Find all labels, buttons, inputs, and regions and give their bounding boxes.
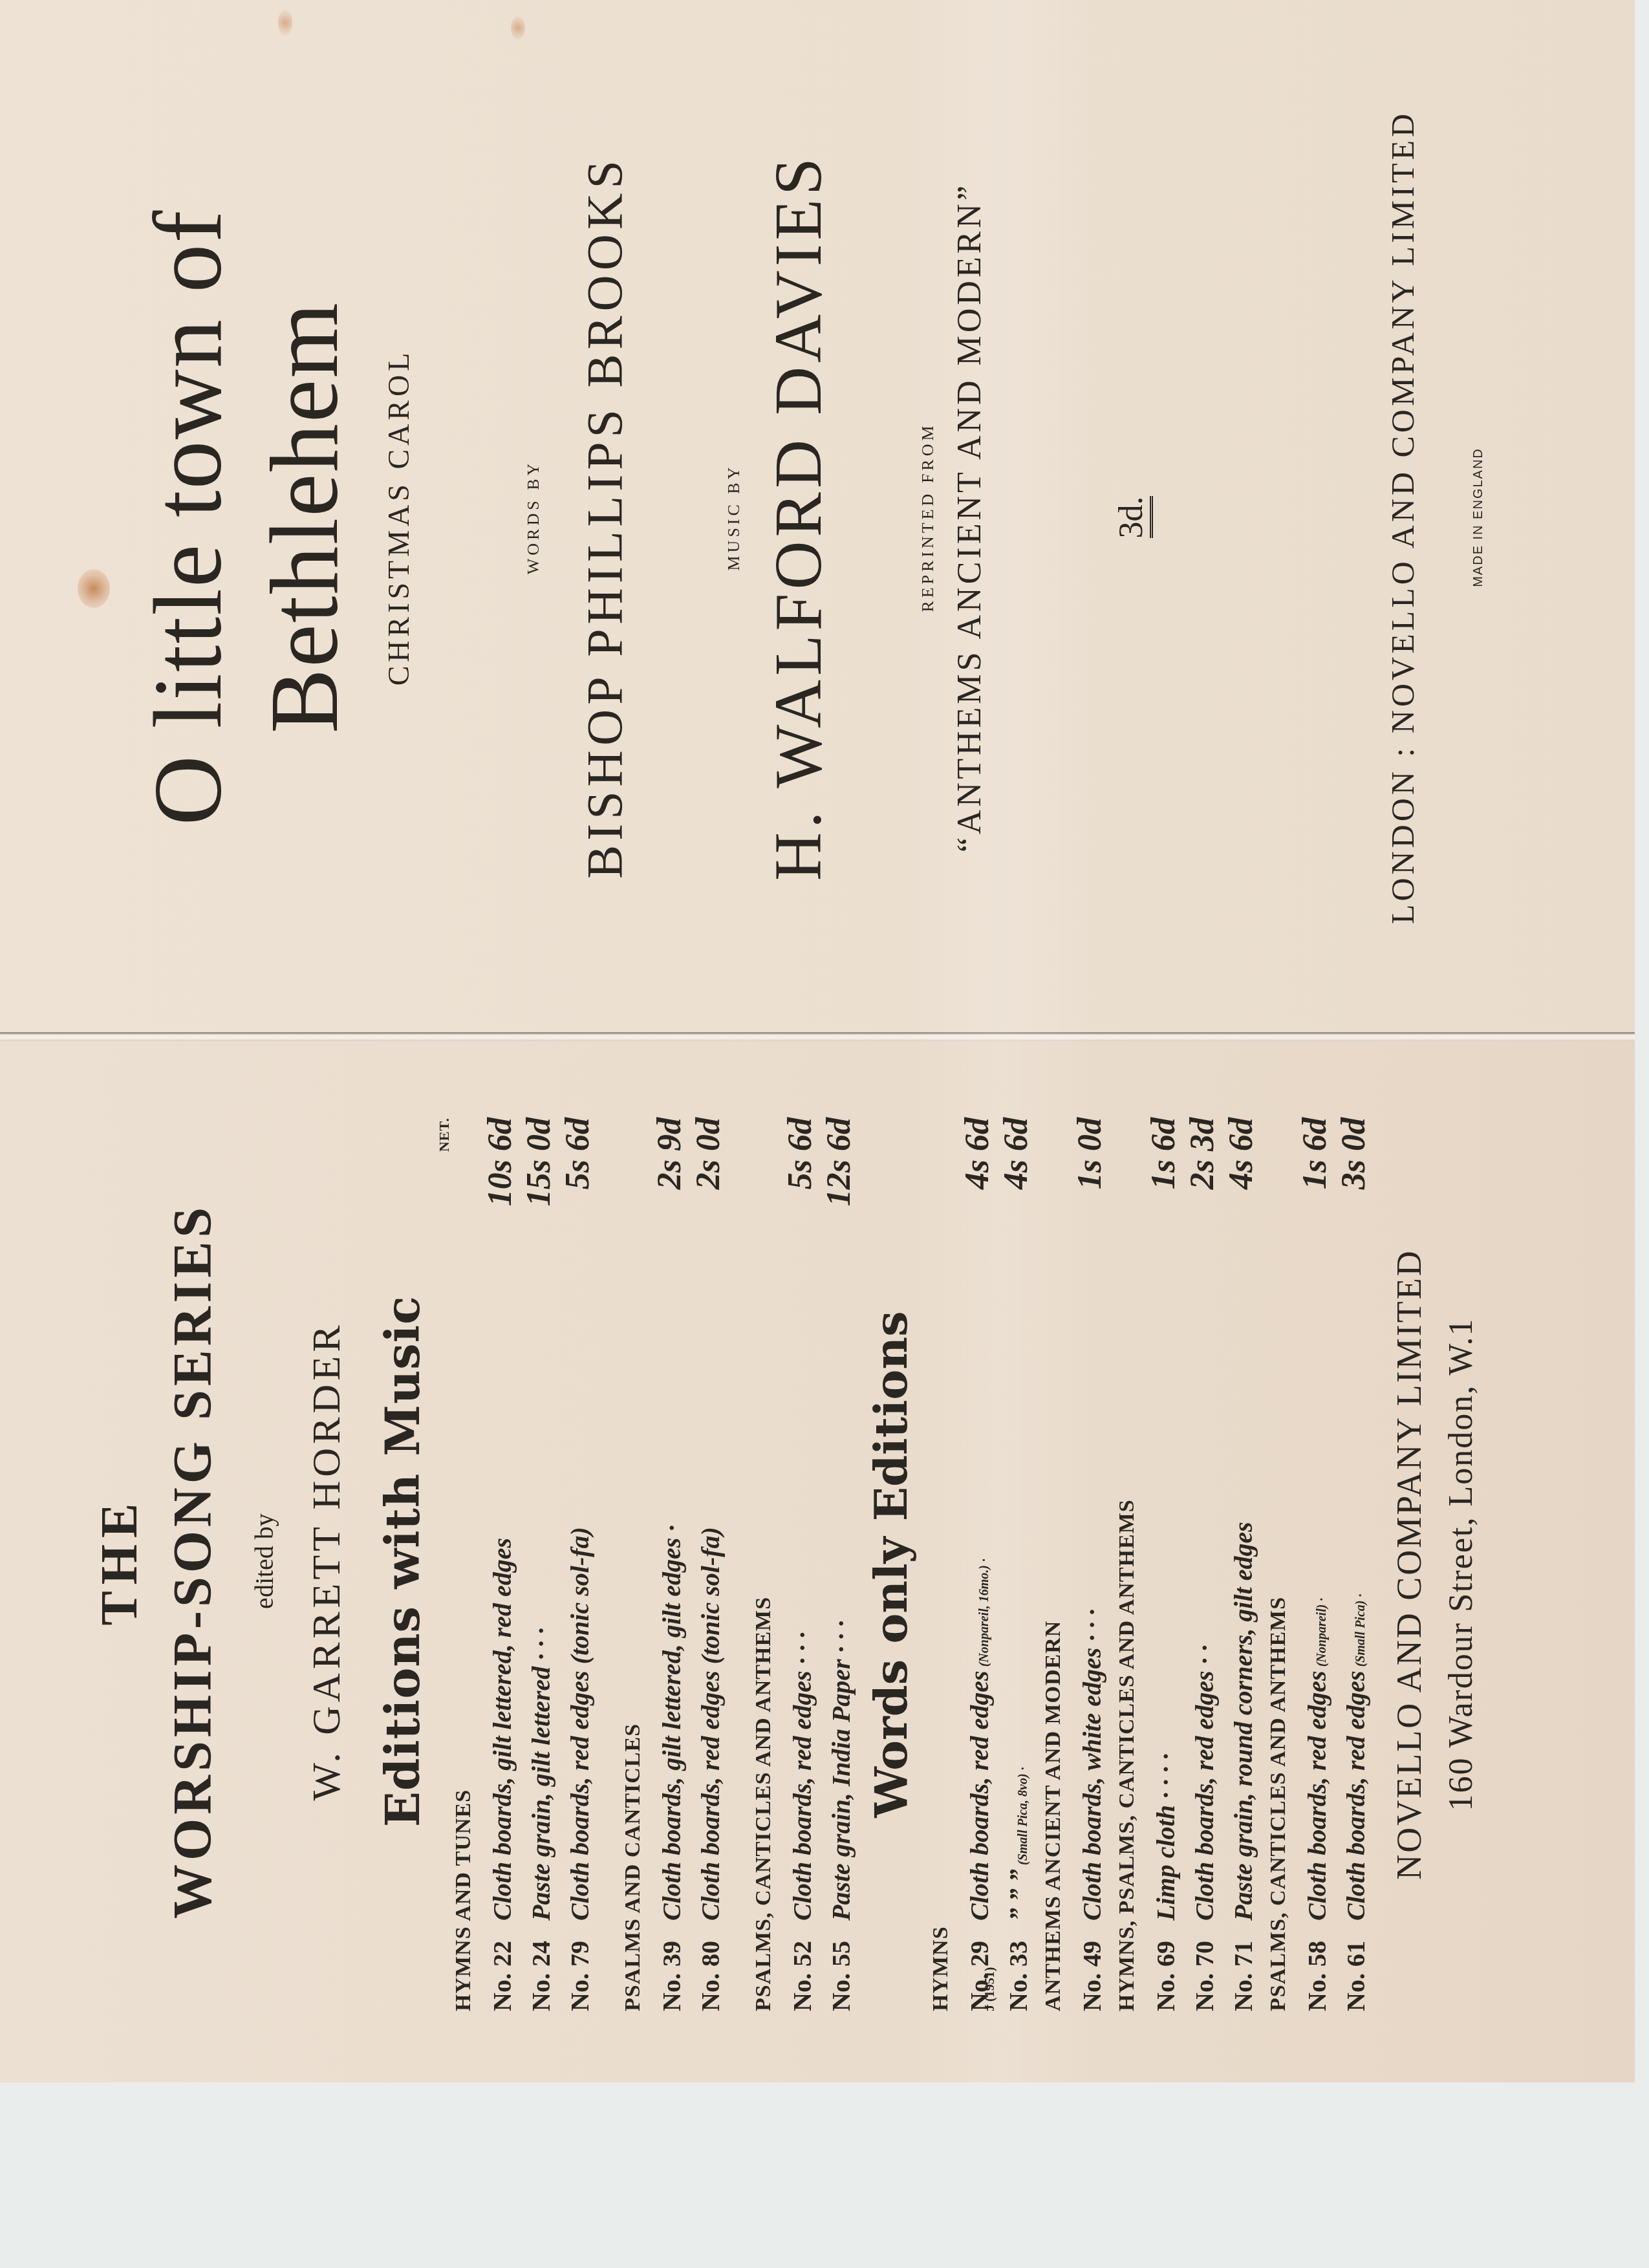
words-only-heading: Words only Editions xyxy=(859,1118,923,2011)
editor-name: W. GARRETT HORDER xyxy=(304,1040,350,2082)
list-item: No. 33” ” ”(Small Pica, 8vo) ·4s 6d xyxy=(997,1118,1036,2011)
item-description-text: ” ” ” xyxy=(1004,1869,1033,1921)
section-heading: PSALMS, CANTICLES AND ANTHEMS xyxy=(1261,1118,1296,2011)
price-value: 3d. xyxy=(1115,497,1153,539)
section-heading: HYMNS AND TUNESNET. xyxy=(446,1118,481,2011)
item-number: No. 33 xyxy=(999,1921,1038,2011)
item-price: 2s 0d xyxy=(689,1118,728,1208)
list-item: No. 58Cloth boards, red edges(Nonpareil)… xyxy=(1296,1118,1335,2011)
item-price: 3s 0d xyxy=(1335,1118,1374,1208)
music-by-label: MUSIC BY xyxy=(724,0,744,1035)
item-note: (Small Pica, 8vo) · xyxy=(1016,1767,1030,1865)
list-item: No. 39Cloth boards, gilt lettered, gilt … xyxy=(651,1118,689,2011)
list-item: No. 71Paste grain, round corners, gilt e… xyxy=(1222,1118,1261,2011)
item-price: 4s 6d xyxy=(1222,1118,1261,1208)
item-price: 1s 6d xyxy=(1145,1118,1183,1208)
editions-with-music-heading: Editions with Music xyxy=(375,1040,430,2082)
item-description: Cloth boards, red edges · · xyxy=(1185,1208,1224,1921)
section-heading: ANTHEMS ANCIENT AND MODERN xyxy=(1036,1118,1071,2011)
item-price: 5s 6d xyxy=(781,1118,820,1208)
net-label: NET. xyxy=(427,1118,462,1152)
edited-by-label: edited by xyxy=(249,1040,279,2082)
item-note: (Nonpareil, 16mo.) · xyxy=(977,1559,991,1667)
item-number: No. 79 xyxy=(561,1921,599,2011)
item-description-text: Cloth boards, red edges xyxy=(1341,1670,1370,1921)
item-description: Cloth boards, red edges(Nonpareil, 16mo.… xyxy=(960,1208,1004,1921)
item-description: Cloth boards, red edges (tonic sol-fa) xyxy=(561,1208,599,1921)
item-number: No. 69 xyxy=(1147,1921,1185,2011)
print-code: J (1951) xyxy=(983,1967,998,2011)
item-price: 1s 6d xyxy=(1296,1118,1335,1208)
item-number: No. 39 xyxy=(652,1921,691,2011)
list-item: No. 69Limp cloth · · · ·1s 6d xyxy=(1145,1118,1183,2011)
item-number: No. 55 xyxy=(822,1921,861,2011)
reprinted-label: REPRINTED FROM xyxy=(918,0,938,1035)
item-number: No. 58 xyxy=(1298,1921,1337,2011)
composer-name: H. WALFORD DAVIES xyxy=(760,0,837,1035)
subtitle: CHRISTMAS CAROL xyxy=(382,0,416,1035)
item-price: 2s 3d xyxy=(1183,1118,1222,1208)
item-price: 10s 6d xyxy=(481,1118,520,1208)
item-number: No. 71 xyxy=(1224,1921,1263,2011)
item-description: Cloth boards, red edges(Small Pica) · xyxy=(1337,1208,1380,1921)
item-note: (Nonpareil) · xyxy=(1315,1598,1329,1667)
item-description: Cloth boards, red edges(Nonpareil) · xyxy=(1298,1208,1341,1921)
list-item: No. 52Cloth boards, red edges · · ·5s 6d xyxy=(781,1118,820,2011)
list-item: No. 61Cloth boards, red edges(Small Pica… xyxy=(1335,1118,1374,2011)
publisher-address: 160 Wardour Street, London, W.1 xyxy=(1442,1118,1480,2011)
publisher-imprint: LONDON : NOVELLO AND COMPANY LIMITED xyxy=(1384,0,1421,1035)
section-heading: HYMNS, PSALMS, CANTICLES AND ANTHEMS xyxy=(1110,1118,1145,2011)
cover-page: O little town of Bethlehem CHRISTMAS CAR… xyxy=(0,0,1635,1035)
item-price: 12s 6d xyxy=(820,1118,859,1208)
item-description: Paste grain, India Paper · · · xyxy=(822,1208,861,1921)
series-the: THE xyxy=(91,1040,149,2082)
list-item: No. 79Cloth boards, red edges (tonic sol… xyxy=(559,1118,598,2011)
item-number: No. 70 xyxy=(1185,1921,1224,2011)
item-price: 2s 9d xyxy=(651,1118,689,1208)
item-number: No. 80 xyxy=(691,1921,730,2011)
item-number: No. 22 xyxy=(483,1921,522,2011)
item-description: Cloth boards, gilt lettered, gilt edges … xyxy=(652,1208,691,1921)
list-item: No. 24Paste grain, gilt lettered · · ·15… xyxy=(520,1118,559,2011)
words-by-label: WORDS BY xyxy=(524,0,543,1035)
list-item: No. 55Paste grain, India Paper · · ·12s … xyxy=(820,1118,859,2011)
section-title: HYMNS AND TUNES xyxy=(451,1789,475,2011)
item-number: No. 52 xyxy=(783,1921,822,2011)
back-page: THE WORSHIP-SONG SERIES edited by W. GAR… xyxy=(0,1040,1635,2082)
item-description: Cloth boards, red edges · · · xyxy=(783,1208,822,1921)
section-heading: HYMNS xyxy=(923,1118,958,2011)
publisher-name: NOVELLO AND COMPANY LIMITED xyxy=(1389,1118,1429,2011)
item-number: No. 49 xyxy=(1073,1921,1112,2011)
item-price: 1s 0d xyxy=(1071,1118,1110,1208)
item-number: No. 61 xyxy=(1337,1921,1375,2011)
item-price: 5s 6d xyxy=(559,1118,598,1208)
section-heading: PSALMS, CANTICLES AND ANTHEMS xyxy=(746,1118,781,2011)
made-in-label: MADE IN ENGLAND xyxy=(1471,0,1486,1035)
list-item: No. 49Cloth boards, white edges · · ·1s … xyxy=(1071,1118,1110,2011)
item-description: Cloth boards, white edges · · · xyxy=(1073,1208,1112,1921)
list-item: No. 80Cloth boards, red edges (tonic sol… xyxy=(689,1118,728,2011)
item-price: 4s 6d xyxy=(997,1118,1036,1208)
author-name: BISHOP PHILLIPS BROOKS xyxy=(576,0,634,1035)
item-description-text: Cloth boards, red edges xyxy=(1302,1670,1331,1921)
item-description: Paste grain, round corners, gilt edges xyxy=(1224,1208,1263,1921)
item-description: Cloth boards, red edges (tonic sol-fa) xyxy=(691,1208,730,1921)
price-label: 3d. xyxy=(1112,0,1153,1035)
section-heading: PSALMS AND CANTICLES xyxy=(616,1118,651,2011)
series-title: WORSHIP-SONG SERIES xyxy=(162,1040,224,2082)
item-price: 15s 0d xyxy=(520,1118,559,1208)
title-line-1: O little town of xyxy=(133,0,244,1035)
list-item: No. 29Cloth boards, red edges(Nonpareil,… xyxy=(958,1118,997,2011)
item-number: No. 24 xyxy=(522,1921,561,2011)
item-note: (Small Pica) · xyxy=(1353,1594,1368,1667)
item-description: Paste grain, gilt lettered · · · xyxy=(522,1208,561,1921)
item-price: 4s 6d xyxy=(958,1118,997,1208)
price-list: HYMNS AND TUNESNET. No. 22Cloth boards, … xyxy=(446,1118,1480,2011)
item-description: Limp cloth · · · · xyxy=(1147,1208,1185,1921)
item-description-text: Cloth boards, red edges xyxy=(965,1670,994,1921)
list-item: No. 22Cloth boards, gilt lettered, red e… xyxy=(481,1118,520,2011)
list-item: No. 70Cloth boards, red edges · ·2s 3d xyxy=(1183,1118,1222,2011)
reprinted-source: “ANTHEMS ANCIENT AND MODERN” xyxy=(951,0,989,1035)
title-line-2: Bethlehem xyxy=(249,0,360,1035)
item-description: Cloth boards, gilt lettered, red edges xyxy=(483,1208,522,1921)
